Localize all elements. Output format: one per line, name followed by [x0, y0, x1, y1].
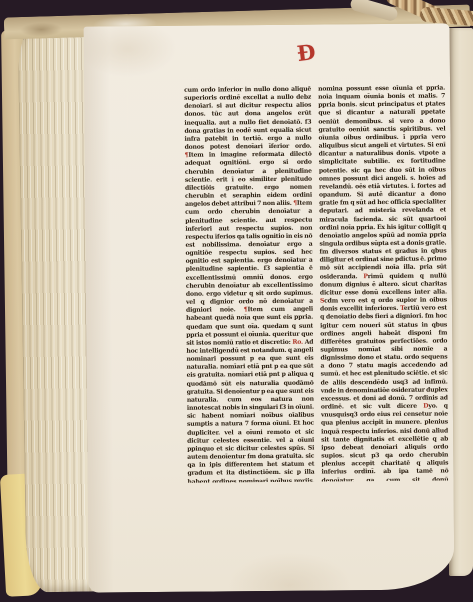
text-segment: Item cum ordo cherubin denoīatur a pleni…: [185, 200, 313, 314]
text-column-right: nomina possunt esse oīunia et ppria. noī…: [318, 84, 448, 481]
text-segment: yo. q vnusquisq3 ordo eius rei censetur …: [321, 403, 449, 482]
text-segment: Ad hoc intelligendū est notandum. q ange…: [186, 338, 314, 482]
text-column-left: cum ordo inferior in nullo dono aliquē s…: [184, 86, 314, 483]
text-segment: nomina possunt esse oīunia et ppria. noī…: [318, 84, 447, 280]
text-block: cum ordo inferior in nullo dono aliquē s…: [184, 84, 451, 482]
text-segment: cum ordo inferior in nullo dono aliquē s…: [184, 86, 312, 151]
rubric-mark: Ro.: [292, 339, 304, 346]
text-segment: ertiū vero est q denoīatio debs fieri a …: [320, 305, 448, 411]
red-quire-mark: Đ: [296, 41, 317, 64]
open-page: cum ordo inferior in nullo dono aliquē s…: [84, 23, 455, 592]
